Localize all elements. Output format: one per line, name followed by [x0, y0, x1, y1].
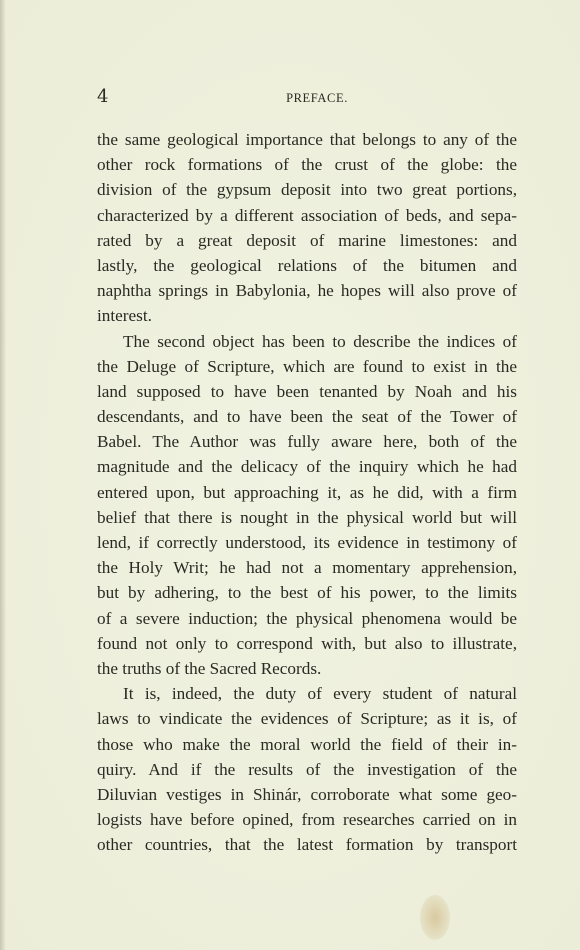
text-line: Babel. The Author was fully aware here, … — [97, 429, 517, 454]
text-line: descendants, and to have been the seat o… — [97, 404, 517, 429]
text-line: logists have before opined, from researc… — [97, 807, 517, 832]
text-line: the Holy Writ; he had not a momentary ap… — [97, 555, 517, 580]
text-line: It is, indeed, the duty of every student… — [97, 681, 517, 706]
text-line: magnitude and the delicacy of the inquir… — [97, 454, 517, 479]
page-edge — [0, 0, 6, 950]
text-line: rated by a great deposit of marine limes… — [97, 228, 517, 253]
text-line: the Deluge of Scripture, which are found… — [97, 354, 517, 379]
text-line: other rock formations of the crust of th… — [97, 152, 517, 177]
page-header: 4 PREFACE. — [97, 86, 517, 110]
text-line: the truths of the Sacred Records. — [97, 656, 517, 681]
body-text: the same geological importance that belo… — [97, 127, 517, 857]
text-line: entered upon, but approaching it, as he … — [97, 480, 517, 505]
text-line: quiry. And if the results of the investi… — [97, 757, 517, 782]
text-line: Diluvian vestiges in Shinár, corroborate… — [97, 782, 517, 807]
text-line: the same geological importance that belo… — [97, 127, 517, 152]
text-line: lastly, the geological relations of the … — [97, 253, 517, 278]
text-line: naphtha springs in Babylonia, he hopes w… — [97, 278, 517, 303]
text-line: of a severe induction; the physical phen… — [97, 606, 517, 631]
text-line: characterized by a different association… — [97, 203, 517, 228]
text-line: those who make the moral world the field… — [97, 732, 517, 757]
text-line: division of the gypsum deposit into two … — [97, 177, 517, 202]
paper-stain — [420, 895, 450, 940]
text-line: found not only to correspond with, but a… — [97, 631, 517, 656]
text-line: interest. — [97, 303, 517, 328]
text-line: laws to vindicate the evidences of Scrip… — [97, 706, 517, 731]
book-page: 4 PREFACE. the same geological importanc… — [0, 0, 580, 950]
text-line: The second object has been to describe t… — [97, 329, 517, 354]
text-line: but by adhering, to the best of his powe… — [97, 580, 517, 605]
text-line: other countries, that the latest formati… — [97, 832, 517, 857]
text-line: lend, if correctly understood, its evide… — [97, 530, 517, 555]
running-title: PREFACE. — [97, 91, 517, 106]
text-line: land supposed to have been tenanted by N… — [97, 379, 517, 404]
text-line: belief that there is nought in the physi… — [97, 505, 517, 530]
